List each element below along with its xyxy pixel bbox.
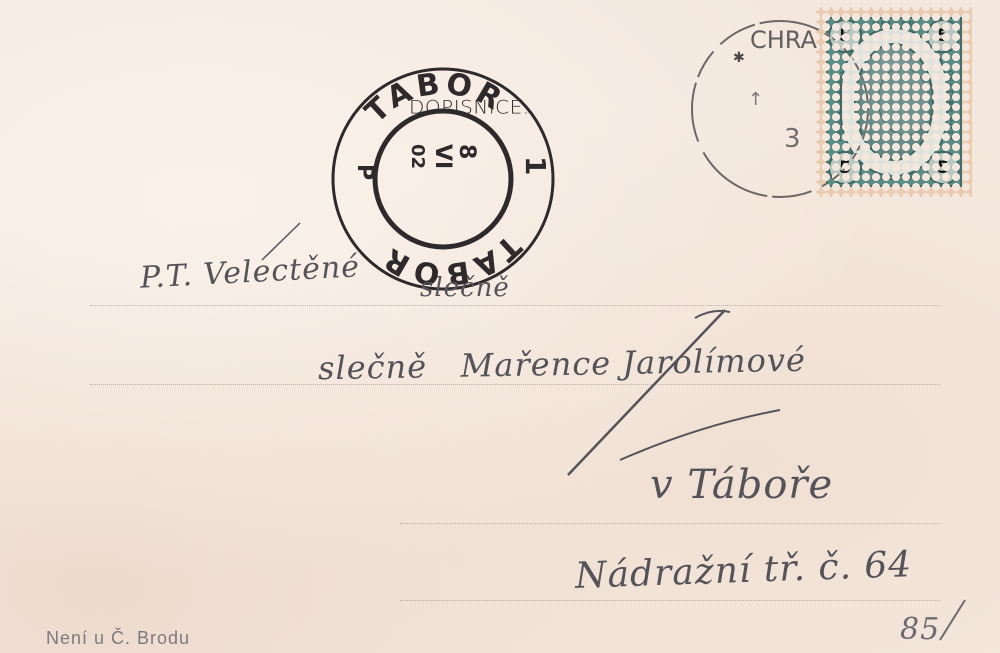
stamp-value-bottom-left: 5	[828, 151, 862, 185]
postcard: DOPISNICE. CHRA 3 ✱ ↑ HELLER HELLER KAIS…	[0, 0, 1000, 653]
address-street: Nádražní tř. č. 64	[574, 544, 912, 597]
arrival-date-day: 8	[454, 144, 479, 159]
arrival-postmark: TABOR TABOR P 1 8 VI 02	[328, 64, 558, 299]
recipient-name: Mařence Jarolímové	[460, 341, 806, 385]
address-line-2	[90, 384, 940, 385]
pencil-note: Není u Č. Brodu	[46, 628, 190, 649]
arrival-date-year: 02	[407, 144, 428, 169]
stamp-right-label: OESTERR.POST	[946, 70, 954, 142]
address-line-3	[400, 523, 940, 524]
origin-town-text: CHRA	[750, 26, 818, 54]
portrait-head-icon	[878, 67, 930, 135]
stamp-value-top-right: 5	[926, 19, 960, 53]
origin-date-text: 3	[784, 124, 801, 154]
stamp-left-label: KAIS.KOENIGL.	[836, 70, 844, 141]
arrival-number: 1	[519, 156, 552, 175]
postage-stamp: HELLER HELLER KAIS.KOENIGL. OESTERR.POST…	[816, 7, 972, 197]
note-number: 85	[900, 612, 940, 647]
address-line-1b-text: slečně	[420, 273, 510, 303]
address-city: v Táboře	[650, 462, 833, 508]
stamp-design: HELLER HELLER KAIS.KOENIGL. OESTERR.POST…	[826, 17, 962, 187]
address-line-4	[400, 600, 940, 601]
svg-text:✱: ✱	[733, 50, 745, 66]
stamp-value-bottom-right: 5	[926, 151, 960, 185]
recipient-salutation: slečně	[318, 347, 428, 387]
emperor-portrait-icon	[854, 43, 934, 161]
svg-text:TABOR: TABOR	[359, 66, 511, 130]
address-line-1	[90, 305, 940, 306]
arrival-date-month: VI	[430, 144, 455, 169]
arrival-side-letter: P	[352, 164, 377, 180]
svg-text:↑: ↑	[748, 89, 763, 110]
address-recipient: slečně Mařence Jarolímové	[318, 341, 806, 388]
stamp-value-top-left: 5	[828, 19, 862, 53]
arrival-town-top: TABOR	[359, 66, 511, 130]
